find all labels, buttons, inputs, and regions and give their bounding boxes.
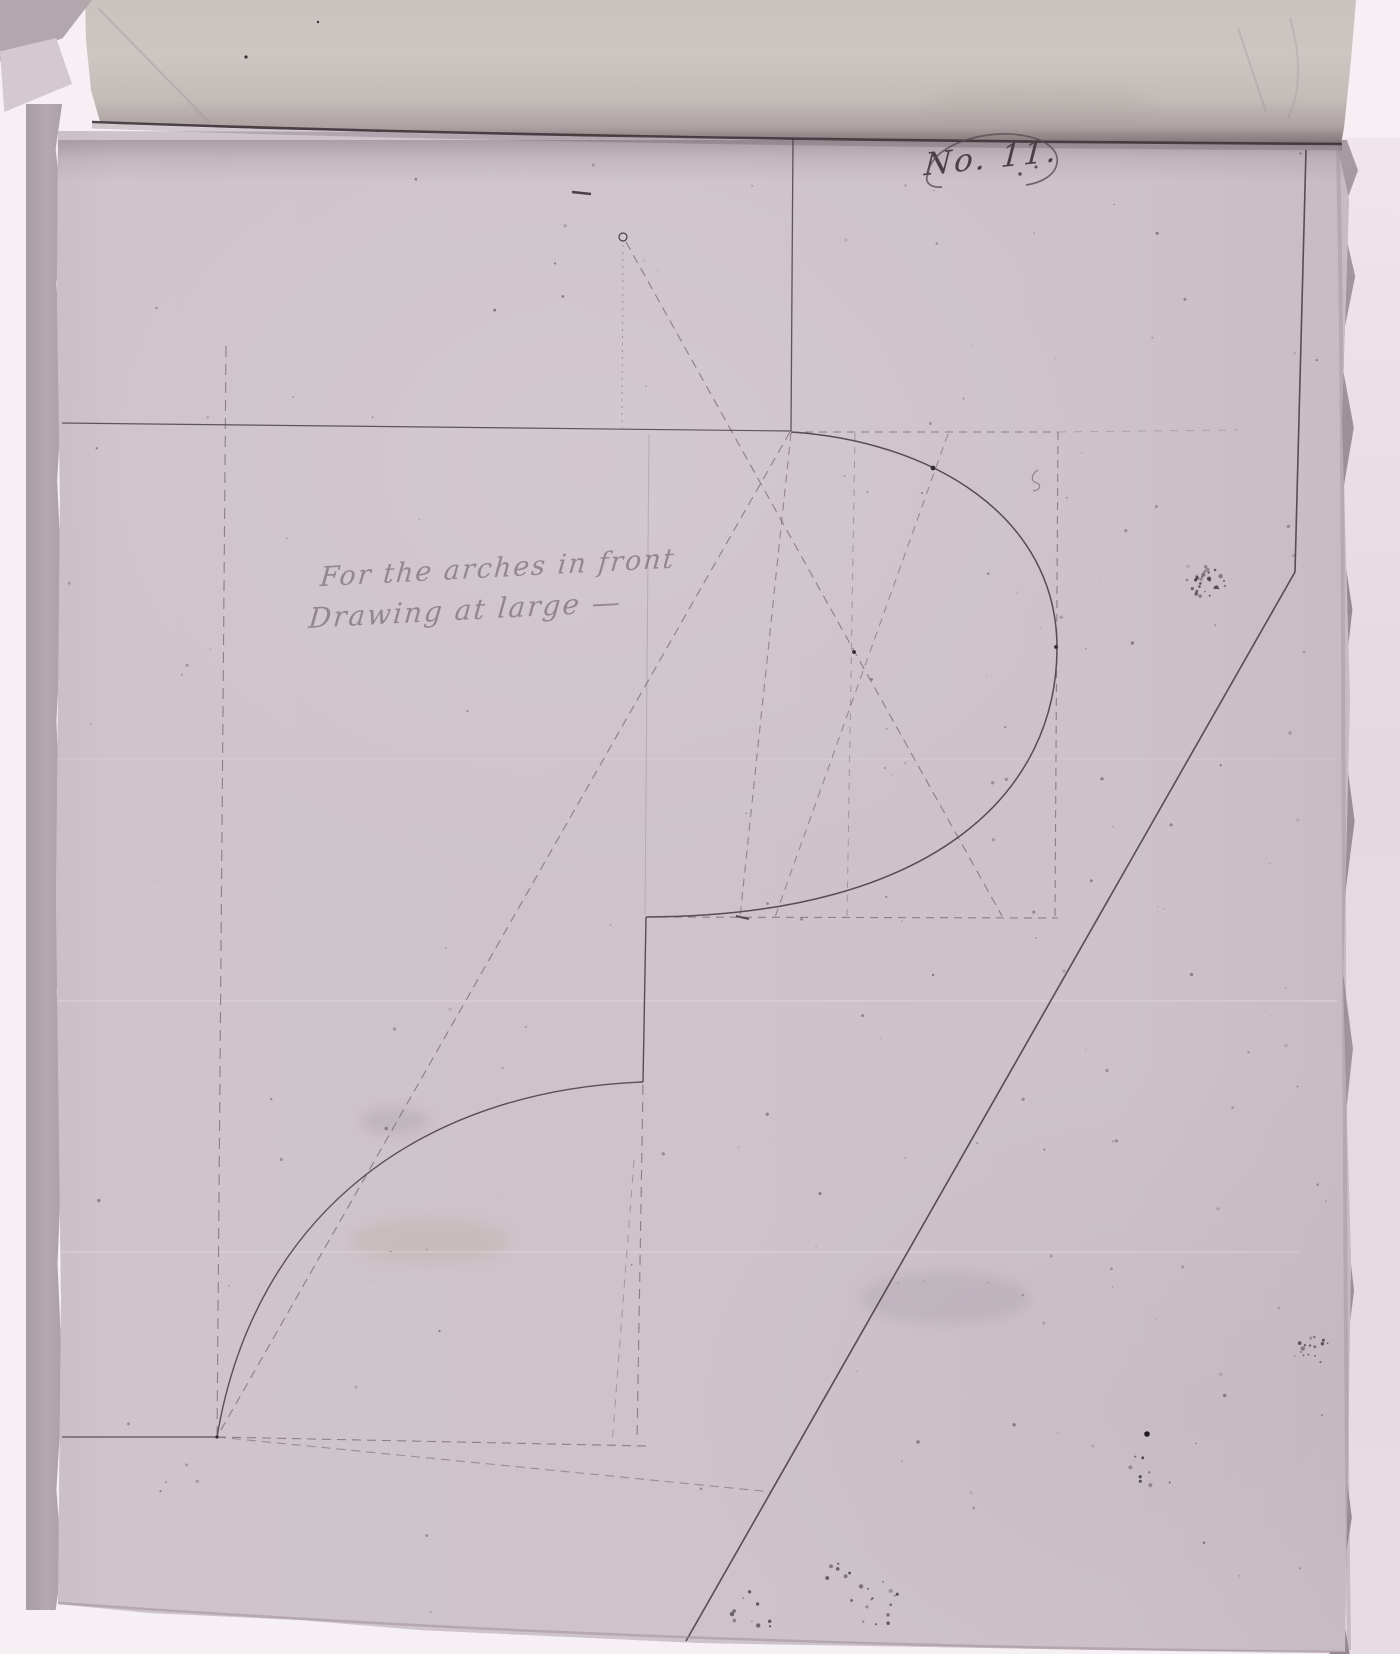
paper-crease — [58, 1251, 1298, 1253]
paper-crease — [58, 1000, 1338, 1002]
roll-shadow — [40, 140, 1350, 182]
rolled-over-page — [0, 0, 1400, 150]
sketchbook-page — [0, 0, 1400, 1654]
paper-smudge — [930, 85, 1150, 115]
torn-corner-scrap — [0, 38, 72, 112]
paper-smudge — [360, 1108, 430, 1134]
sketchbook-photo: For the arches in front Drawing at large… — [0, 0, 1400, 1654]
paper-smudge — [860, 1272, 1030, 1324]
paper-smudge — [350, 1218, 510, 1264]
paper-crease — [58, 758, 1338, 760]
